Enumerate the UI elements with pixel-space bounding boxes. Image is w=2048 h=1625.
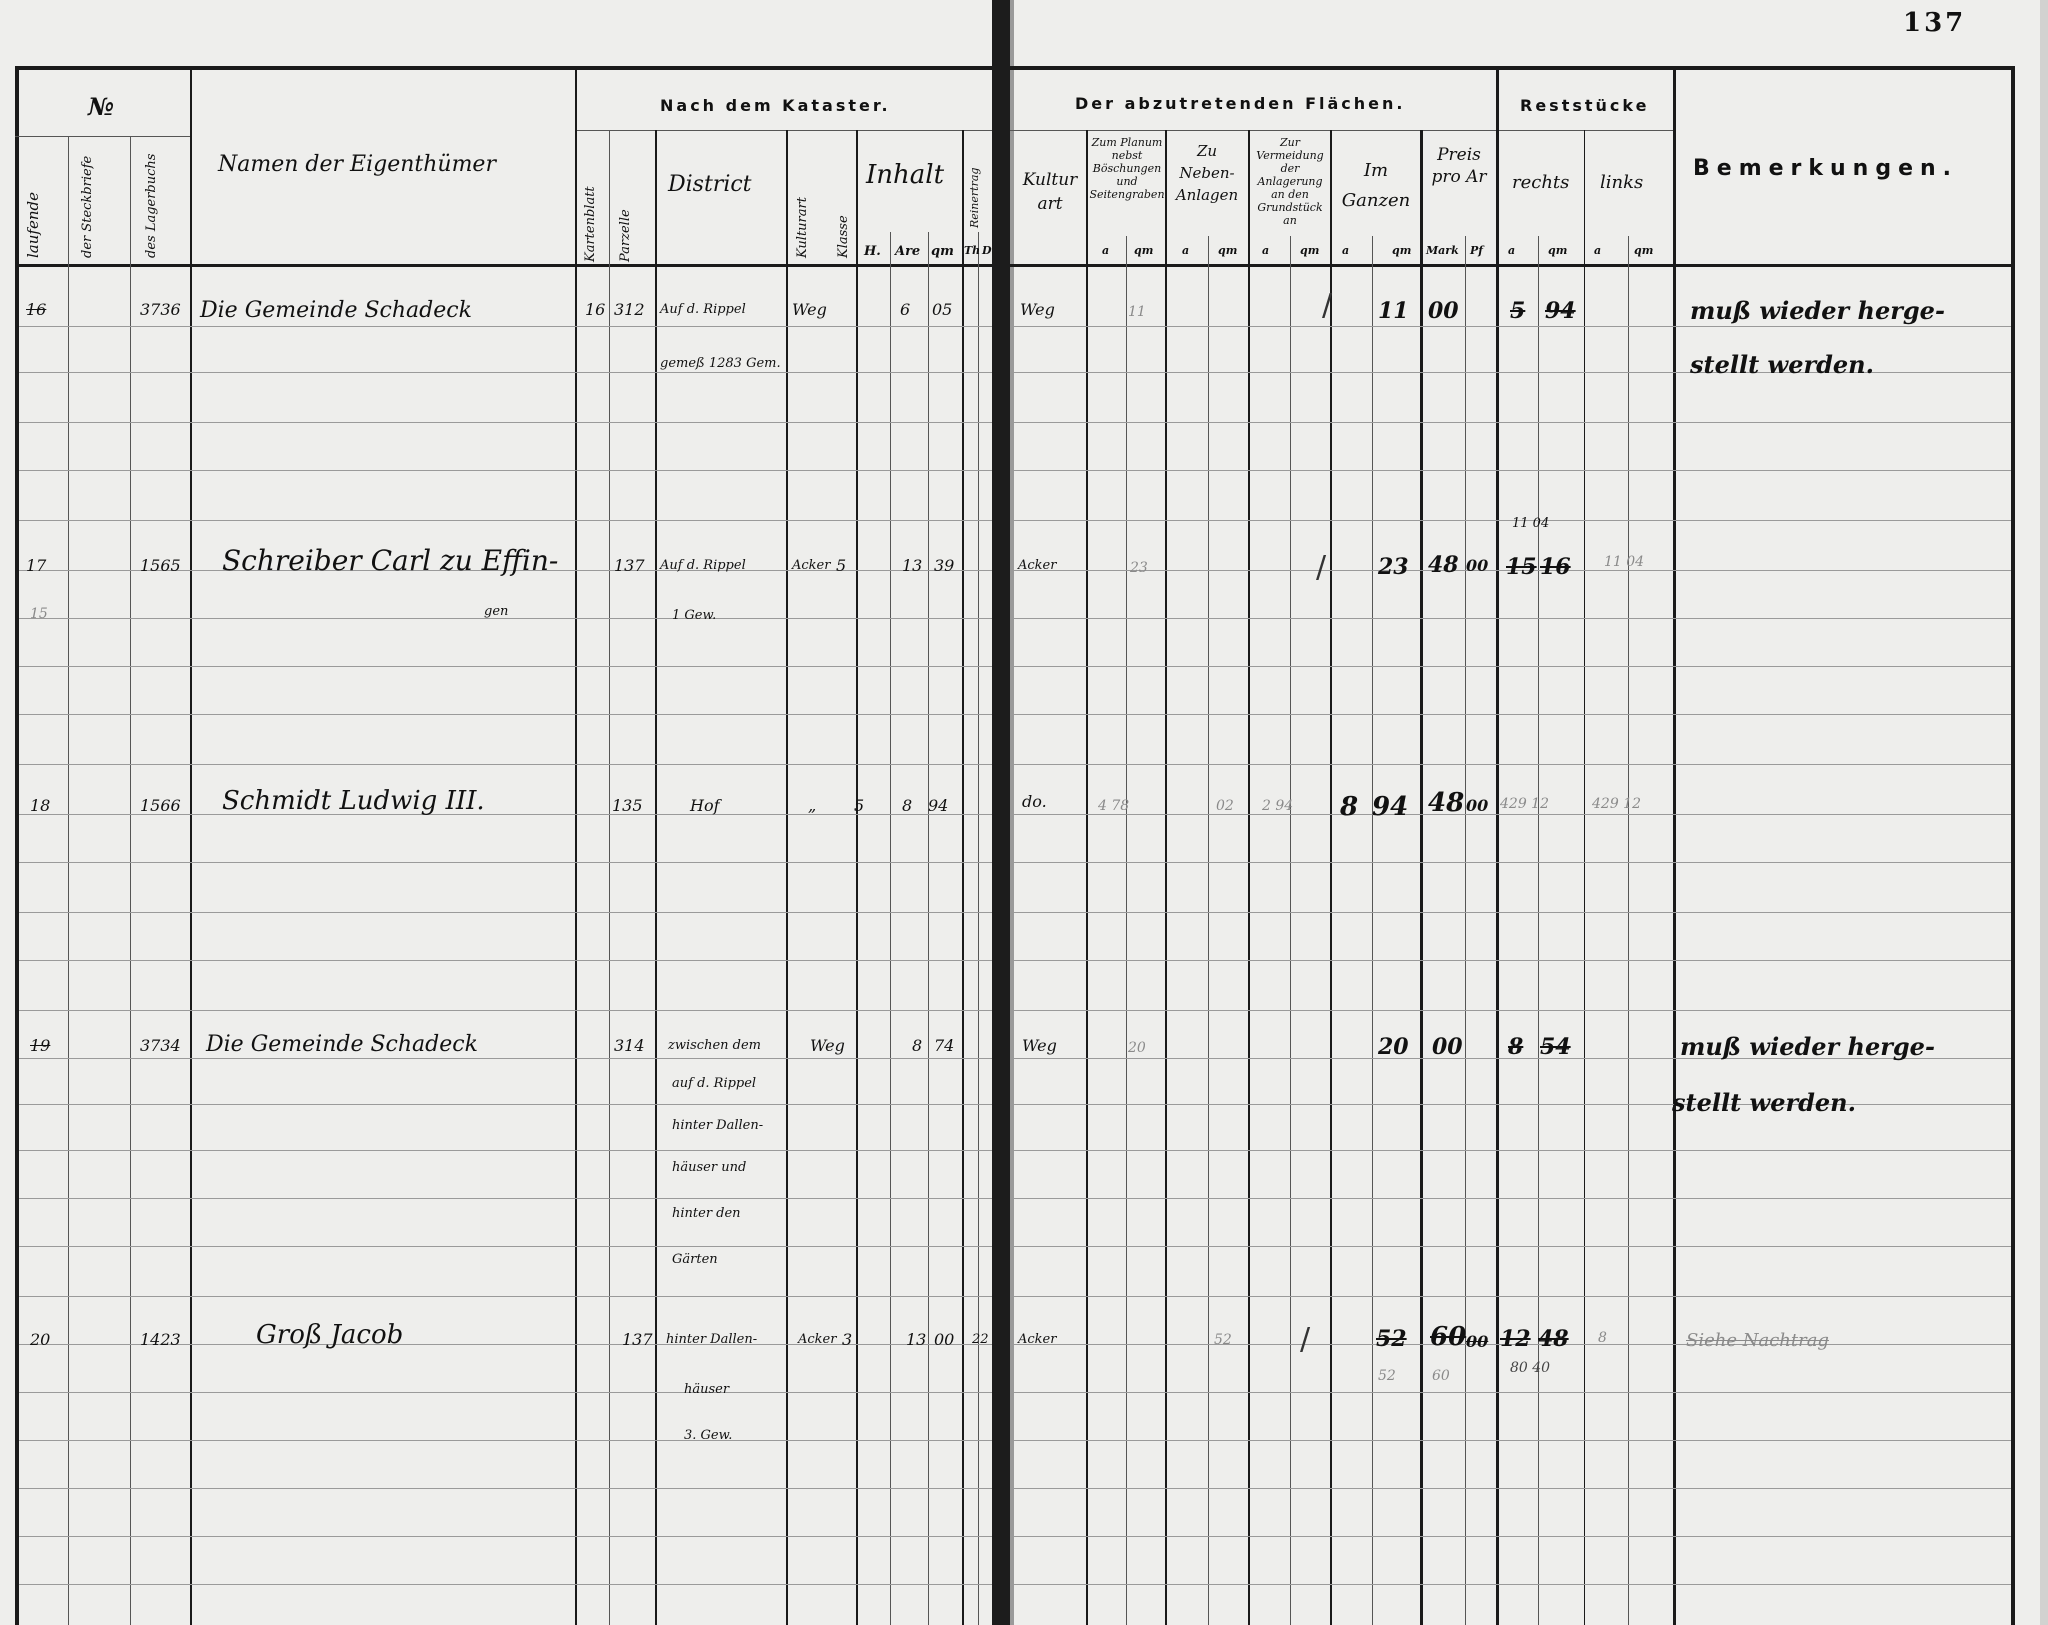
cell-rest-rechts-qm: 16	[1540, 554, 1571, 580]
col-divider	[856, 130, 858, 1625]
cell-remark-pencil: Siehe Nachtrag	[1686, 1330, 1829, 1351]
cell-rest-links-pencil: 11 04	[1604, 554, 1644, 570]
cell-reinertrag: 22	[972, 1332, 989, 1347]
cell-laufende: 16	[26, 300, 46, 319]
cell-lagerbuch: 3736	[140, 300, 181, 319]
col-header-steckbriefe: der Steckbriefe	[80, 156, 95, 258]
cell-inhalt-qm: 74	[934, 1036, 954, 1055]
checkmark-icon: /	[1300, 1322, 1310, 1357]
unit-a: a	[1508, 244, 1515, 257]
ruled-line	[19, 1010, 992, 1011]
ruled-line	[1014, 326, 2011, 327]
ruled-line	[19, 1584, 992, 1585]
col-subdivider	[609, 130, 610, 1625]
unit-pf: Pf	[1470, 244, 1483, 257]
col-header-preis: Preis pro Ar	[1424, 144, 1494, 188]
unit-are: Are	[895, 244, 920, 259]
ruled-line	[1014, 470, 2011, 471]
cell-district-line: hinter Dallen-	[672, 1118, 763, 1133]
cell-fl-kulturart: do.	[1022, 792, 1047, 811]
cell-parzelle: 137	[614, 556, 645, 575]
reststuecke-group-title: Reststücke	[1520, 96, 1649, 115]
col-divider	[962, 130, 964, 1625]
cell-kulturart: Acker	[798, 1332, 836, 1347]
cell-rest-rechts-qm: 48	[1538, 1326, 1569, 1352]
cell-rest-pencil: 80 40	[1510, 1360, 1550, 1376]
col-header-owner-name: Namen der Eigenthümer	[218, 152, 496, 177]
cell-preis-pf: 00	[1466, 556, 1488, 575]
cell-inhalt-are: 8	[902, 796, 912, 815]
cell-rest-rechts-a: 15	[1506, 554, 1537, 580]
ruled-line	[19, 1392, 992, 1393]
cell-district: Hof	[690, 796, 720, 815]
cell-ganzen-a: 52	[1376, 1326, 1407, 1352]
ruled-line	[19, 960, 992, 961]
ruled-line	[1014, 1010, 2011, 1011]
cell-ganzen-a: 23	[1378, 554, 1409, 580]
col-header-klasse: Klasse	[836, 215, 851, 258]
unit-qm: qm	[1634, 244, 1653, 257]
cell-remark-2: stellt werden.	[1690, 350, 1874, 379]
ruled-line	[19, 372, 992, 373]
ruled-line	[19, 1440, 992, 1441]
cell-inhalt-are: 8	[912, 1036, 922, 1055]
cell-ganzen-a: 8	[1340, 792, 1358, 822]
col-header-bemerkungen: Bemerkungen.	[1693, 156, 1958, 181]
cell-rest-rechts-a: 12	[1500, 1326, 1531, 1352]
cell-preis-pf: 00	[1466, 1332, 1488, 1351]
cell-district-2: 1 Gew.	[672, 608, 716, 623]
col-header-lagerbuch: des Lagerbuchs	[144, 154, 159, 258]
col-subdivider	[978, 232, 979, 1625]
cell-inhalt-are: 13	[906, 1330, 926, 1349]
cell-preis-mark: 00	[1432, 1034, 1463, 1060]
cell-inhalt-qm: 05	[932, 300, 952, 319]
ruled-line	[19, 326, 992, 327]
cell-district-line: auf d. Rippel	[672, 1076, 756, 1091]
ruled-line	[1014, 666, 2011, 667]
col-header-nebenanlagen: Zu Neben-Anlagen	[1168, 140, 1246, 206]
cell-ganzen-pencil: 52	[1378, 1368, 1396, 1384]
flaechen-group-divider	[1010, 130, 1496, 131]
ruled-line	[1014, 1246, 2011, 1247]
spine-edge	[1010, 0, 1014, 1625]
cell-preis-mark: 48	[1428, 788, 1464, 818]
cell-ganzen-a: 20	[1378, 1034, 1409, 1060]
unit-mark: Mark	[1426, 244, 1459, 257]
col-header-kartenblatt: Kartenblatt	[583, 186, 598, 262]
col-header-fl-kulturart: Kultur art	[1016, 168, 1084, 216]
cell-rest-rechts-qm: 94	[1545, 298, 1576, 324]
col-subdivider	[1538, 236, 1539, 1625]
cell-kulturart: Acker	[792, 558, 830, 573]
nr-group-label: №	[88, 92, 114, 121]
cell-district: zwischen dem	[668, 1038, 761, 1053]
cell-district-2: gemeß 1283 Gem.	[660, 356, 781, 371]
table-top-border-right	[1010, 66, 2015, 70]
col-header-planum: Zum Planum nebst Böschungen und Seitengr…	[1089, 136, 1165, 201]
ruled-line	[1014, 814, 2011, 815]
cell-district: Auf d. Rippel	[660, 558, 746, 573]
col-header-parzelle: Parzelle	[618, 209, 633, 262]
cell-rest-rechts-pencil: 429 12	[1500, 796, 1549, 812]
col-subdivider	[1290, 236, 1291, 1625]
ruled-line	[1014, 1296, 2011, 1297]
reststuecke-group-divider	[1496, 130, 1674, 131]
unit-a: a	[1182, 244, 1189, 257]
ruled-line	[19, 470, 992, 471]
ruled-line	[1014, 1392, 2011, 1393]
cell-planum-a: 20	[1128, 1040, 1146, 1056]
ruled-line	[1014, 1150, 2011, 1151]
cell-preis-mark: 00	[1428, 298, 1459, 324]
cell-rest-links-pencil: 429 12	[1592, 796, 1641, 812]
unit-qm: qm	[1300, 244, 1319, 257]
col-header-links: links	[1600, 172, 1643, 193]
col-header-im-ganzen: Im Ganzen	[1334, 156, 1418, 216]
header-bottom-right	[1010, 264, 2015, 267]
cell-district-line: Gärten	[672, 1252, 718, 1267]
ruled-line	[1014, 912, 2011, 913]
cell-remark-2: stellt werden.	[1672, 1088, 1856, 1117]
cell-remark: muß wieder herge-	[1690, 296, 1945, 325]
col-subdivider	[130, 136, 131, 1625]
col-header-kulturart: Kulturart	[795, 197, 810, 258]
cell-district-line: 3. Gew.	[684, 1428, 732, 1443]
book-spine	[992, 0, 1010, 1625]
ruled-line	[19, 1150, 992, 1151]
ruled-line	[19, 1246, 992, 1247]
col-subdivider	[1126, 236, 1127, 1625]
checkmark-icon: /	[1322, 288, 1332, 323]
table-right-border	[2011, 66, 2015, 1625]
ruled-line	[19, 422, 992, 423]
unit-d: D	[982, 244, 992, 257]
col-header-district: District	[668, 172, 752, 197]
cell-district: hinter Dallen-	[666, 1332, 757, 1347]
ruled-line	[1014, 862, 2011, 863]
table-top-border-left	[15, 66, 992, 70]
cell-laufende: 20	[30, 1330, 50, 1349]
cell-vorbehalt-pencil: 2 94	[1262, 798, 1293, 814]
cell-planum-a: 23	[1130, 560, 1148, 576]
col-subdivider	[1628, 236, 1629, 1625]
ruled-line	[19, 1536, 992, 1537]
cell-district-line: häuser	[684, 1382, 729, 1397]
cell-district-line: hinter den	[672, 1206, 741, 1221]
cell-inhalt-are: 13	[902, 556, 922, 575]
col-divider	[1420, 130, 1423, 1625]
cell-planum-pencil: 4 78	[1098, 798, 1129, 814]
cell-inhalt-qm: 94	[928, 796, 948, 815]
col-divider	[655, 130, 657, 1625]
ruled-line	[1014, 764, 2011, 765]
cell-laufende: 17	[26, 556, 46, 575]
cell-rest-rechts-correction: 11 04	[1512, 516, 1549, 531]
cell-preis-mark: 60	[1430, 1322, 1466, 1352]
cell-remark: muß wieder herge-	[1680, 1032, 1935, 1061]
cell-parzelle: 135	[612, 796, 643, 815]
kataster-group-divider	[577, 130, 992, 131]
cell-klasse: 5	[854, 796, 864, 815]
cell-planum-a: 11	[1128, 304, 1146, 320]
cell-district: Auf d. Rippel	[660, 302, 746, 317]
cell-fl-kulturart: Weg	[1022, 1036, 1057, 1055]
unit-qm: qm	[931, 244, 954, 259]
cell-inhalt-are: 6	[900, 300, 910, 319]
cell-rest-rechts-a: 8	[1508, 1034, 1523, 1060]
cell-klasse: 5	[836, 556, 846, 575]
unit-qm: qm	[1392, 244, 1411, 257]
cell-owner: Die Gemeinde Schadeck	[200, 298, 472, 323]
cell-owner: Die Gemeinde Schadeck	[206, 1032, 478, 1057]
unit-qm: qm	[1548, 244, 1567, 257]
col-header-vorbehalt: Zur Vermeidung der Anlagerung an den Gru…	[1251, 136, 1329, 227]
cell-fl-kulturart: Acker	[1018, 558, 1056, 573]
col-subdivider	[928, 232, 929, 1625]
cell-ganzen-qm: 94	[1372, 792, 1408, 822]
col-subdivider	[68, 136, 69, 1625]
ruled-line	[19, 1488, 992, 1489]
col-subdivider	[1465, 236, 1466, 1625]
col-header-laufende: laufende	[24, 192, 42, 258]
ruled-line	[19, 1198, 992, 1199]
ruled-line	[1014, 422, 2011, 423]
flaechen-group-title: Der abzutretenden Flächen.	[1075, 94, 1406, 113]
col-header-inhalt: Inhalt	[866, 160, 944, 190]
unit-h: H.	[864, 244, 881, 259]
col-divider	[1330, 130, 1332, 1625]
ruled-line	[1014, 1198, 2011, 1199]
ruled-line	[19, 764, 992, 765]
cell-lagerbuch: 1566	[140, 796, 181, 815]
ruled-line	[1014, 1536, 2011, 1537]
ruled-line	[1014, 1584, 2011, 1585]
cell-lagerbuch: 1423	[140, 1330, 181, 1349]
cell-parzelle: 137	[622, 1330, 653, 1349]
cell-rest-rechts-qm: 54	[1540, 1034, 1571, 1060]
col-divider	[1248, 130, 1250, 1625]
cell-rest-links-pencil: 8	[1598, 1330, 1607, 1346]
ruled-line	[1014, 960, 2011, 961]
ruled-line	[19, 912, 992, 913]
cell-laufende-pencil: 15	[30, 606, 48, 622]
cell-kulturart: Weg	[810, 1036, 845, 1055]
cell-neben-pencil: 02	[1216, 798, 1234, 814]
ruled-line	[19, 520, 992, 521]
cell-neben-pencil: 52	[1214, 1332, 1232, 1348]
ruled-line	[19, 862, 992, 863]
col-subdivider	[1208, 236, 1209, 1625]
cell-inhalt-qm: 39	[934, 556, 954, 575]
cell-kulturart: Weg	[792, 300, 827, 319]
cell-inhalt-qm: 00	[934, 1330, 954, 1349]
unit-a: a	[1342, 244, 1349, 257]
col-divider	[1086, 130, 1088, 1625]
unit-a: a	[1102, 244, 1109, 257]
ruled-line	[19, 1296, 992, 1297]
cell-owner: Groß Jacob	[256, 1320, 403, 1350]
unit-a: a	[1262, 244, 1269, 257]
page-number: 137	[1903, 8, 1966, 38]
col-subdivider	[890, 232, 891, 1625]
ruled-line	[1014, 1440, 2011, 1441]
ledger-page: 137	[0, 0, 2048, 1625]
unit-qm: qm	[1218, 244, 1237, 257]
kataster-group-title: Nach dem Kataster.	[660, 96, 891, 115]
cell-preis-pencil: 60	[1432, 1368, 1450, 1384]
ruled-line	[19, 666, 992, 667]
cell-preis-mark: 48	[1428, 552, 1459, 578]
cell-fl-kulturart: Acker	[1018, 1332, 1056, 1347]
cell-owner-2: gen	[484, 604, 508, 619]
cell-fl-kulturart: Weg	[1020, 300, 1055, 319]
cell-klasse: 3	[842, 1330, 852, 1349]
ruled-line	[1014, 714, 2011, 715]
col-header-reinertrag: Reinertrag	[968, 168, 981, 228]
page-edge	[2040, 0, 2048, 1625]
ruled-line	[19, 1104, 992, 1105]
ruled-line	[1014, 1488, 2011, 1489]
cell-owner: Schmidt Ludwig III.	[222, 786, 485, 816]
cell-kartenblatt: 16	[585, 300, 605, 319]
checkmark-icon: /	[1316, 550, 1326, 585]
nr-group-divider	[15, 136, 190, 137]
unit-qm: qm	[1134, 244, 1153, 257]
cell-parzelle: 314	[614, 1036, 645, 1055]
header-bottom-left	[15, 264, 992, 267]
cell-district-line: häuser und	[672, 1160, 746, 1175]
ruled-line	[19, 714, 992, 715]
cell-preis-pf: 00	[1466, 796, 1488, 815]
ruled-line	[19, 1058, 992, 1059]
cell-kulturart: „	[808, 796, 816, 815]
ruled-line	[1014, 618, 2011, 619]
cell-lagerbuch: 1565	[140, 556, 181, 575]
cell-lagerbuch: 3734	[140, 1036, 181, 1055]
col-divider	[1584, 130, 1585, 1625]
cell-laufende: 18	[30, 796, 50, 815]
cell-ganzen-a: 11	[1378, 298, 1409, 324]
ruled-line	[1014, 1104, 2011, 1105]
col-subdivider	[1372, 236, 1373, 1625]
col-divider	[786, 130, 788, 1625]
unit-a: a	[1594, 244, 1601, 257]
unit-th: Th	[964, 244, 980, 257]
cell-parzelle: 312	[614, 300, 645, 319]
col-header-rechts: rechts	[1512, 172, 1569, 193]
col-divider	[1165, 130, 1167, 1625]
cell-laufende: 19	[30, 1036, 50, 1055]
cell-owner: Schreiber Carl zu Effin-	[222, 544, 558, 577]
cell-rest-rechts-a: 5	[1510, 298, 1525, 324]
